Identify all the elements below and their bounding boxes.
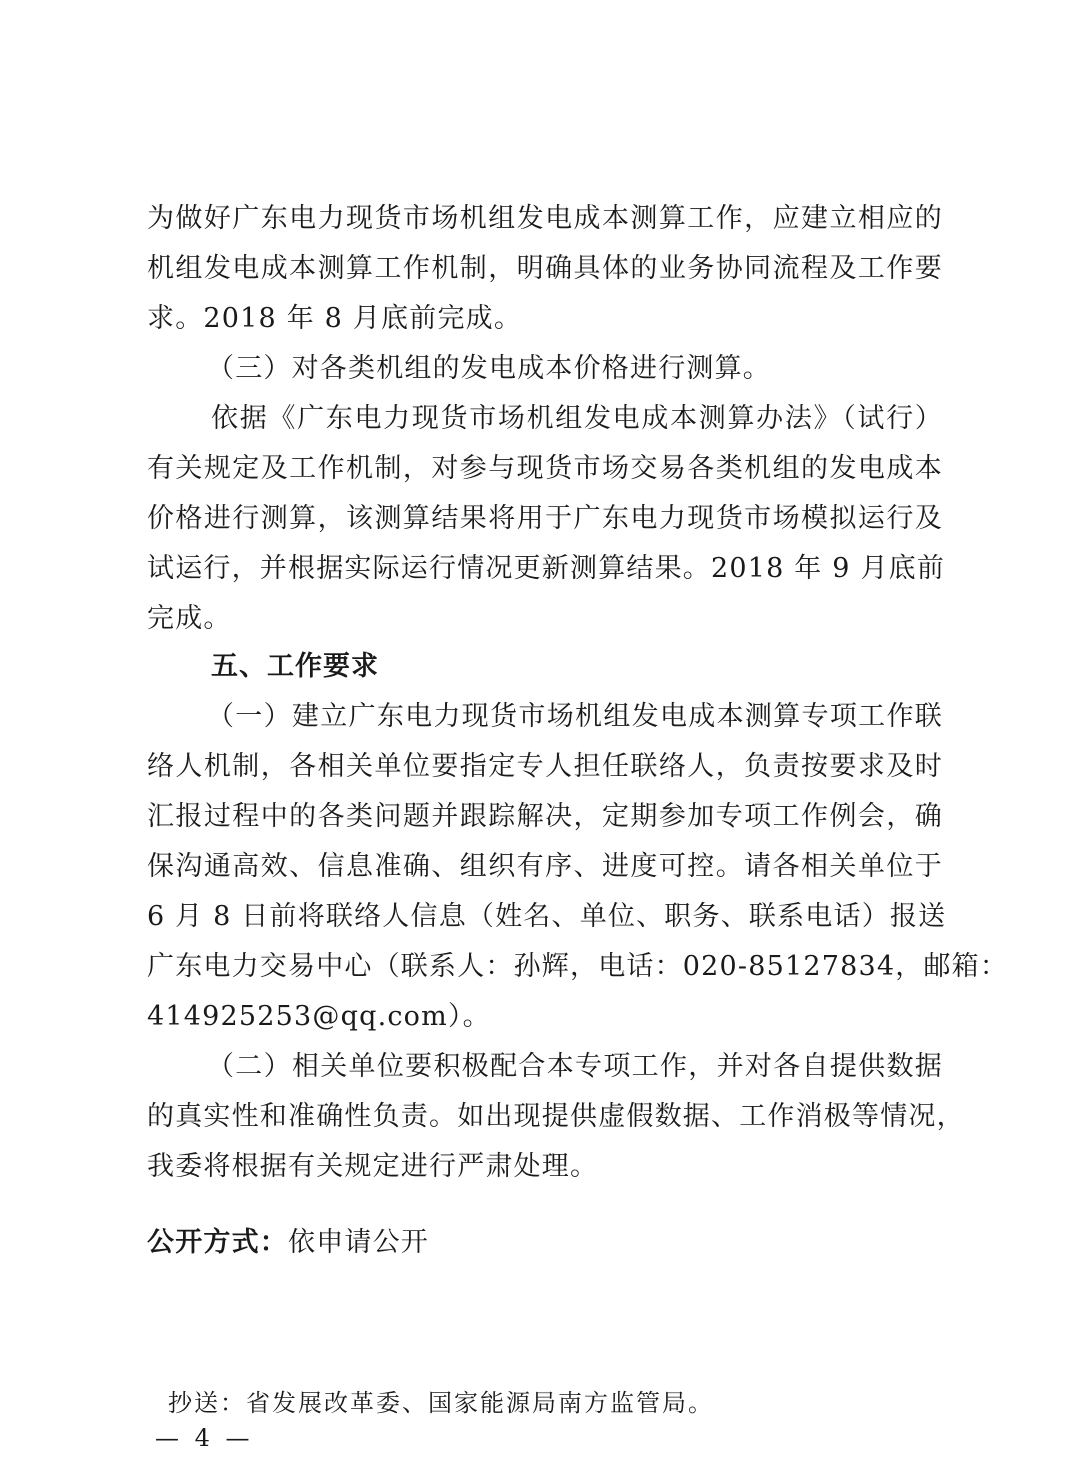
- paragraph-line: 的真实性和准确性负责。如出现提供虚假数据、工作消极等情况，: [147, 1097, 943, 1137]
- paragraph-line: 依据《广东电力现货市场机组发电成本测算办法》（试行）: [211, 399, 943, 439]
- cc-line: 抄送：省发展改革委、国家能源局南方监管局。: [168, 1383, 964, 1423]
- paragraph-line: 试运行，并根据实际运行情况更新测算结果。2018 年 9 月底前: [147, 549, 943, 589]
- paragraph-line: 6 月 8 日前将联络人信息（姓名、单位、职务、联系电话）报送: [147, 897, 943, 937]
- paragraph-line: 汇报过程中的各类问题并跟踪解决，定期参加专项工作例会，确: [147, 797, 943, 837]
- paragraph-line: 我委将根据有关规定进行严肃处理。: [147, 1147, 943, 1187]
- document-page: 为做好广东电力现货市场机组发电成本测算工作，应建立相应的 机组发电成本测算工作机…: [0, 0, 1080, 1459]
- paragraph-line: （二）相关单位要积极配合本专项工作，并对各自提供数据: [207, 1047, 943, 1087]
- contact-email: 414925253@qq.com）。: [147, 997, 943, 1037]
- paragraph-line: 保沟通高效、信息准确、组织有序、进度可控。请各相关单位于: [147, 847, 943, 887]
- paragraph-line: 求。2018 年 8 月底前完成。: [147, 299, 943, 339]
- disclosure-line: 公开方式：依申请公开: [147, 1223, 943, 1263]
- paragraph-line: 为做好广东电力现货市场机组发电成本测算工作，应建立相应的: [147, 199, 943, 239]
- page-number: — 4 —: [155, 1418, 951, 1458]
- disclosure-value: 依申请公开: [288, 1227, 429, 1258]
- paragraph-line: 机组发电成本测算工作机制，明确具体的业务协同流程及工作要: [147, 249, 943, 289]
- paragraph-line: 有关规定及工作机制，对参与现货市场交易各类机组的发电成本: [147, 449, 943, 489]
- section-heading: 五、工作要求: [211, 647, 943, 687]
- paragraph-line: （一）建立广东电力现货市场机组发电成本测算专项工作联: [207, 697, 943, 737]
- paragraph-line: 广东电力交易中心（联系人：孙辉，电话：020-85127834，邮箱：: [147, 947, 943, 987]
- disclosure-label: 公开方式：: [147, 1227, 288, 1258]
- paragraph-line: 完成。: [147, 599, 943, 639]
- paragraph-line: 价格进行测算，该测算结果将用于广东电力现货市场模拟运行及: [147, 499, 943, 539]
- paragraph-line: 络人机制，各相关单位要指定专人担任联络人，负责按要求及时: [147, 747, 943, 787]
- subsection-title: （三）对各类机组的发电成本价格进行测算。: [207, 349, 939, 389]
